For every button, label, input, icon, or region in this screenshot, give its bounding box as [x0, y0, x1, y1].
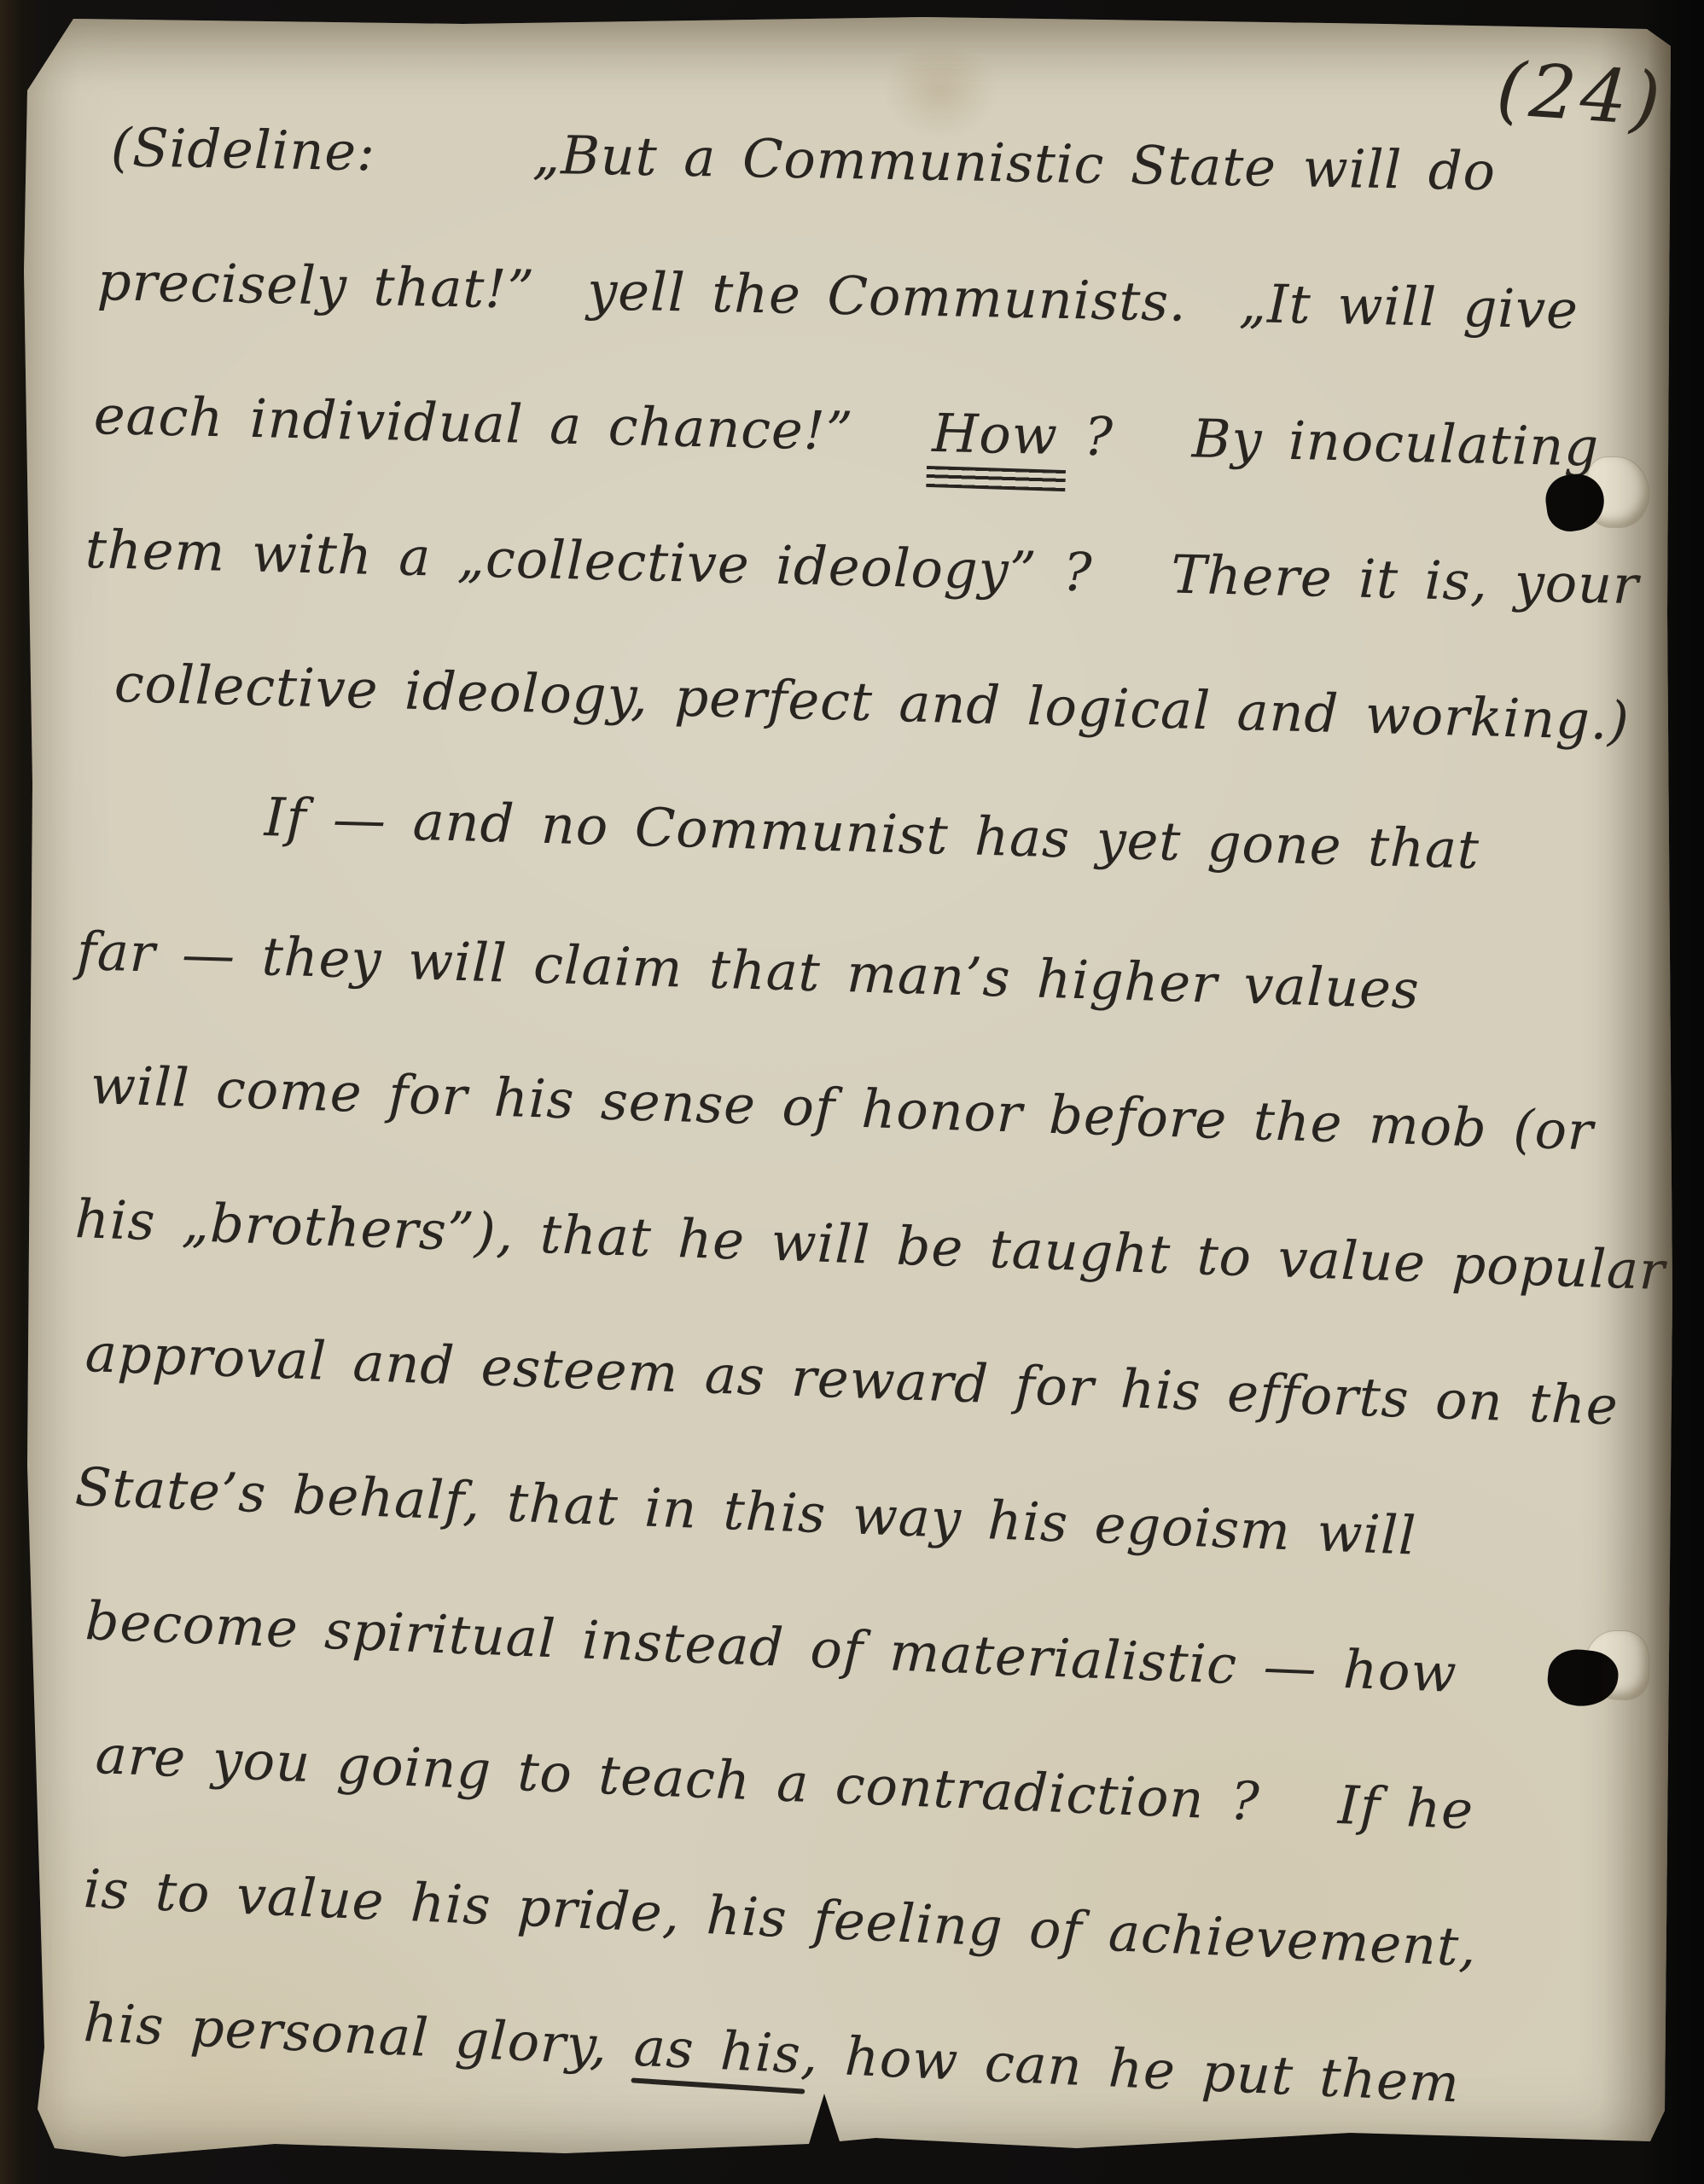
handwriting-segment: his personal glory, — [82, 1991, 635, 2078]
manuscript-line: If — and no Communist has yet gone that — [264, 789, 1480, 878]
handwriting-segment: ? By inoculating — [1057, 404, 1600, 478]
manuscript-line: will come for his sense of honor before … — [90, 1057, 1595, 1159]
handwriting-segment: precisely that!” yell the Communists. „I… — [96, 250, 1579, 341]
manuscript-line: State’s behalf, that in this way his ego… — [74, 1459, 1417, 1564]
manuscript-page: (24) (Sideline: „But a Communistic State… — [19, 15, 1672, 2158]
manuscript-line: precisely that!” yell the Communists. „I… — [96, 253, 1579, 338]
handwriting-segment: is to value his pride, his feeling of ac… — [82, 1857, 1478, 1978]
manuscript-line: each individual a chance!” How ? By inoc… — [93, 387, 1599, 475]
manuscript-line: become spiritual instead of materialisti… — [84, 1593, 1458, 1701]
triple-underlined-word: How — [932, 405, 1059, 463]
manuscript-line: his „brothers”), that he will be taught … — [74, 1191, 1666, 1298]
handwriting-segment: approval and esteem as reward for his ef… — [84, 1321, 1620, 1437]
page-number: (24) — [1494, 52, 1666, 137]
punch-hole-bottom — [1545, 1647, 1620, 1710]
manuscript-line: collective ideology, perfect and logical… — [113, 655, 1630, 749]
handwriting-segment: State’s behalf, that in this way his ego… — [74, 1455, 1418, 1567]
punch-hole-top — [1543, 471, 1608, 535]
manuscript-line: his personal glory, as his, how can he p… — [83, 1995, 1462, 2111]
manuscript-line: are you going to teach a contradiction ?… — [95, 1727, 1475, 1838]
manuscript-line: is to value his pride, his feeling of ac… — [83, 1861, 1478, 1975]
handwriting-segment: his „brothers”), that he will be taught … — [74, 1188, 1666, 1302]
handwriting-segment: each individual a chance!” — [93, 384, 933, 464]
handwriting-segment: far — they will claim that man’s higher … — [76, 920, 1421, 1021]
underlined-phrase: as his — [633, 2019, 803, 2082]
manuscript-line: approval and esteem as reward for his ef… — [84, 1325, 1620, 1433]
manuscript-line: far — they will claim that man’s higher … — [76, 923, 1421, 1018]
manuscript-line: them with a „collective ideology” ? Ther… — [84, 521, 1639, 613]
paper-stain — [881, 39, 1000, 142]
manuscript-line: (Sideline: „But a Communistic State will… — [110, 119, 1496, 199]
handwriting-segment: collective ideology, perfect and logical… — [113, 652, 1631, 752]
handwriting-segment: become spiritual instead of materialisti… — [84, 1589, 1458, 1705]
scanned-photo: { "document": { "page_number": "(24)", "… — [0, 0, 1704, 2184]
photograph-backdrop: (24) (Sideline: „But a Communistic State… — [0, 0, 1704, 2184]
handwriting-segment: will come for his sense of honor before … — [90, 1054, 1595, 1162]
handwriting-segment: (Sideline: „But a Communistic State will… — [110, 116, 1496, 202]
handwriting-segment: them with a „collective ideology” ? Ther… — [84, 518, 1639, 616]
handwriting-segment: If — and no Communist has yet gone that — [264, 786, 1480, 881]
handwriting-segment: are you going to teach a contradiction ?… — [95, 1723, 1475, 1841]
handwriting-segment: , how can he put them — [800, 2023, 1461, 2114]
